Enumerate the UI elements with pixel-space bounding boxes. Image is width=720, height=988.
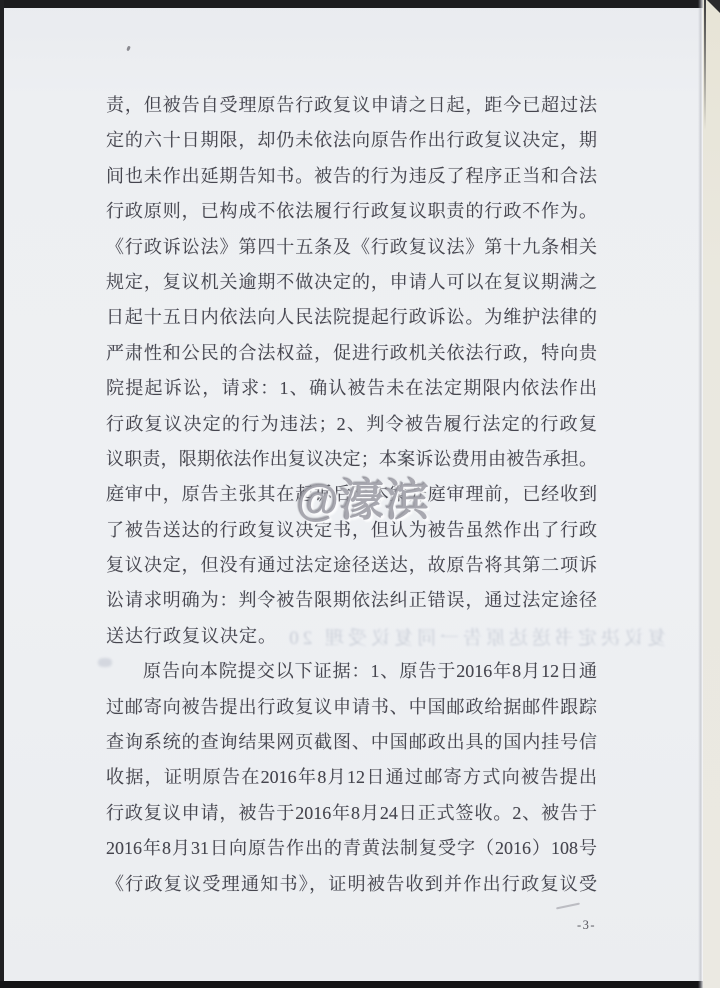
- doc-line: 院提起诉讼，请求：1、确认被告未在法定期限内依法作出: [106, 371, 597, 406]
- page-number: -3-: [577, 918, 596, 933]
- doc-line: 讼请求明确为：判令被告限期依法纠正错误，通过法定途径: [106, 583, 597, 618]
- doc-line: 查询系统的查询结果网页截图、中国邮政出具的国内挂号信: [106, 725, 597, 760]
- doc-line: 收据，证明原告在2016年8月12日通过邮寄方式向被告提出: [106, 760, 597, 795]
- doc-line: 间也未作出延期告知书。被告的行为违反了程序正当和合法: [106, 159, 597, 194]
- scan-speck: [126, 46, 131, 52]
- doc-line: 日起十五日内依法向人民法院提起行政诉讼。为维护法律的: [106, 300, 597, 335]
- doc-line: 《行政诉讼法》第四十五条及《行政复议法》第十九条相关: [106, 230, 597, 265]
- doc-line: 定的六十日期限，却仍未依法向原告作出行政复议决定，期: [106, 123, 597, 158]
- doc-line: 2016年8月31日向原告作出的青黄法制复受字（2016）108号: [106, 831, 597, 866]
- doc-line: 行政原则，已构成不依法履行行政复议职责的行政不作为。: [106, 194, 597, 229]
- page-fold-line: [698, 0, 703, 988]
- doc-line: 过邮寄向被告提出行政复议申请书、中国邮政给据邮件跟踪: [106, 690, 597, 725]
- scan-edge-top: [0, 0, 720, 8]
- bleed-through-text: 复议决定书送达原告一同复议受理 2016: [288, 623, 666, 651]
- scan-edge-right: [704, 0, 706, 130]
- bleed-through-speck: [98, 658, 112, 667]
- doc-line: 责，但被告自受理原告行政复议申请之日起，距今已超过法: [106, 88, 597, 123]
- pencil-mark: [556, 903, 580, 910]
- doc-line: 复议决定，但没有通过法定途径送达，故原告将其第二项诉: [106, 548, 597, 583]
- doc-line: 庭审中，原告主张其在起诉后至本案开庭审理前，已经收到: [106, 477, 597, 512]
- doc-line: 行政复议申请，被告于2016年8月24日正式签收。2、被告于: [106, 796, 597, 831]
- doc-line: 严肃性和公民的合法权益，促进行政机关依法行政，特向贵: [106, 336, 597, 371]
- page-margin-band: [703, 0, 720, 988]
- page-corner-artifact: [707, 0, 720, 13]
- scan-edge-bottom: [0, 981, 720, 988]
- doc-line: 议职责，限期依法作出复议决定；本案诉讼费用由被告承担。: [106, 442, 597, 477]
- scan-edge-left: [0, 0, 4, 988]
- doc-line: 《行政复议受理通知书》，证明被告收到并作出行政复议受: [106, 867, 597, 902]
- doc-line: 了被告送达的行政复议决定书，但认为被告虽然作出了行政: [106, 513, 597, 548]
- doc-line: 行政复议决定的行为违法；2、判令被告履行法定的行政复: [106, 407, 597, 442]
- doc-line: 规定，复议机关逾期不做决定的，申请人可以在复议期满之: [106, 265, 597, 300]
- scanned-page: 责，但被告自受理原告行政复议申请之日起，距今已超过法定的六十日期限，却仍未依法向…: [0, 0, 720, 988]
- document-body: 责，但被告自受理原告行政复议申请之日起，距今已超过法定的六十日期限，却仍未依法向…: [106, 88, 597, 902]
- doc-line: 原告向本院提交以下证据：1、原告于2016年8月12日通: [106, 654, 597, 689]
